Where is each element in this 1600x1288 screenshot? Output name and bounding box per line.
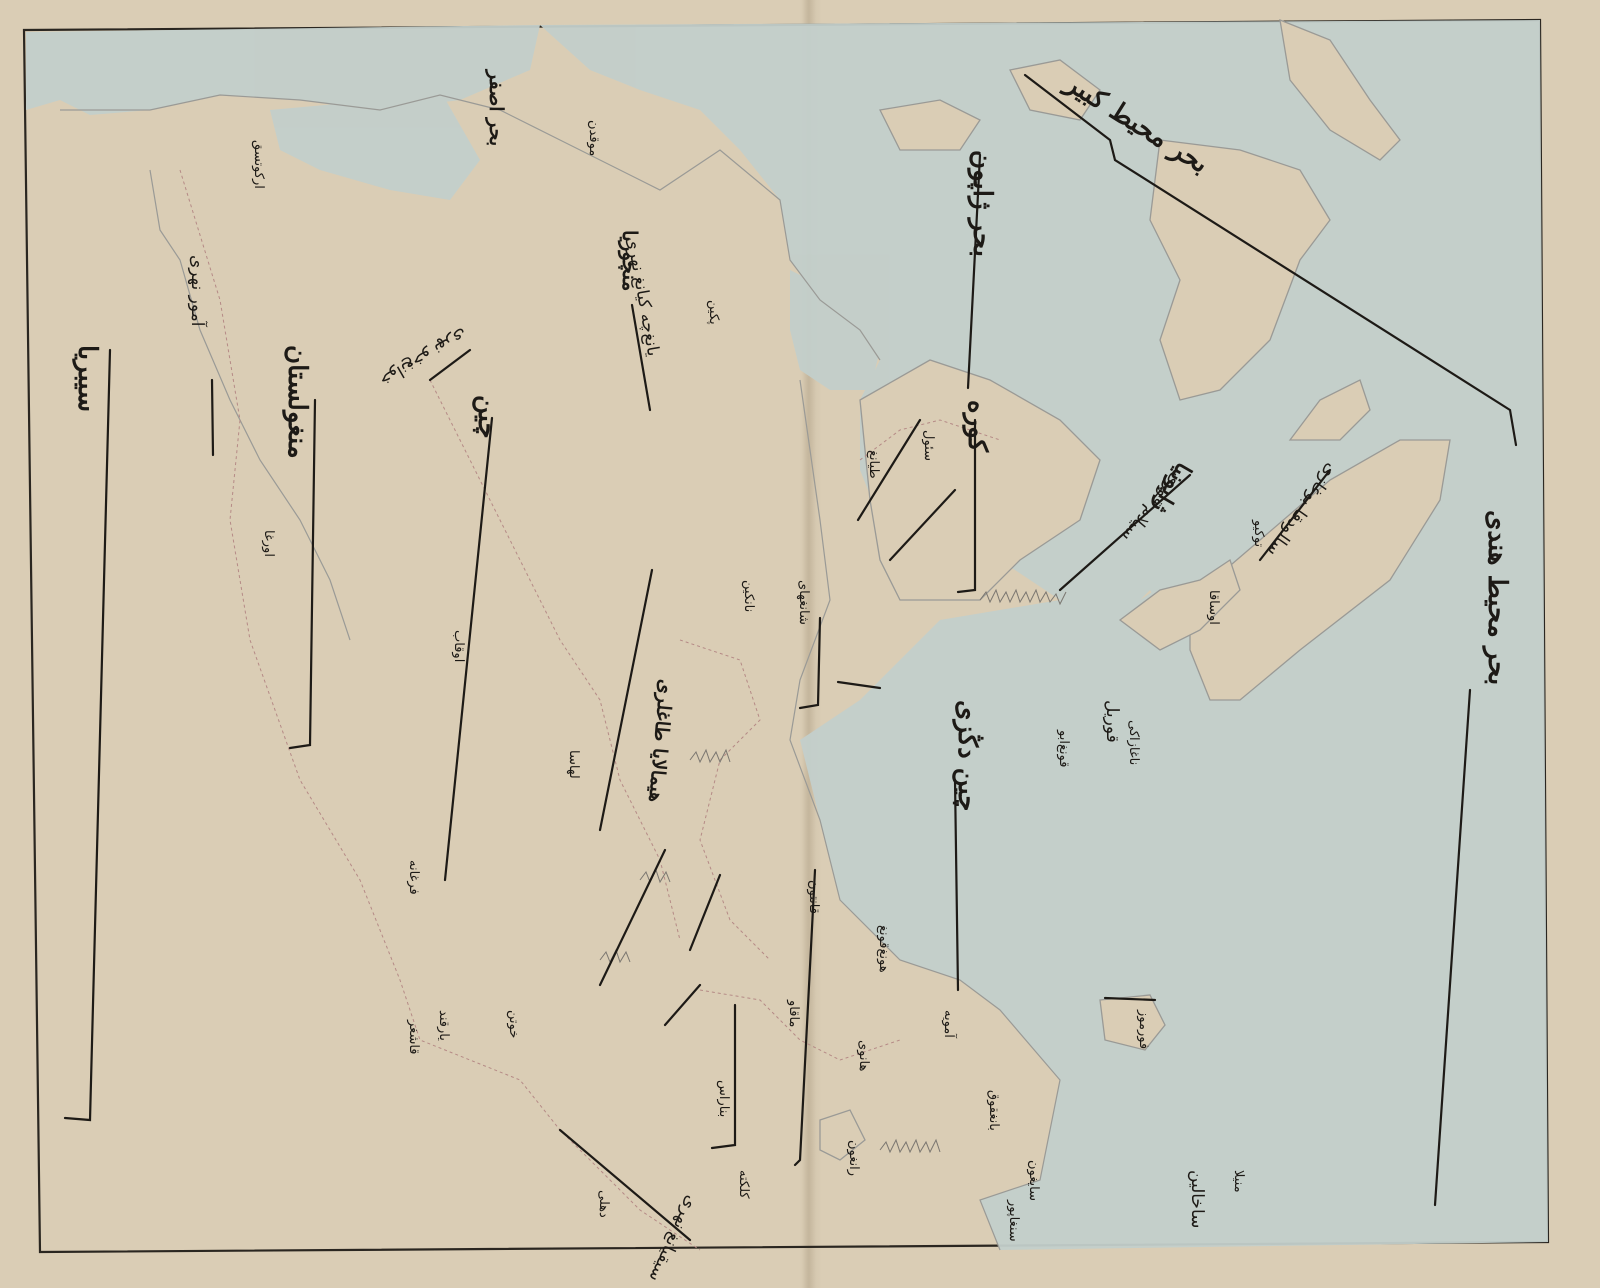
place-bangkok: بانغقوق	[987, 1090, 1000, 1131]
sea-yellow	[270, 90, 480, 200]
place-okab: اوقاب	[452, 630, 465, 662]
coast-west-river	[150, 170, 350, 640]
place-seoul: سئول	[922, 430, 935, 461]
place-nagasaki: ناغازاکی	[1127, 720, 1140, 765]
label-sea-of-japan: بحر ژاپون	[969, 150, 995, 257]
place-fergana: فرغانه	[407, 860, 420, 895]
place-lhasa: لهاسا	[567, 750, 580, 779]
label-korea: کوره	[964, 400, 990, 452]
border-china-provinces-1	[680, 640, 770, 960]
place-manila: منیلا	[1232, 1170, 1245, 1193]
label-mongolia: منغولستان	[284, 345, 310, 459]
label-indian-ocean: بحر محیط هندی	[1484, 510, 1510, 685]
place-canton: قانتون	[807, 880, 820, 914]
stroke-yangtze	[690, 875, 720, 950]
label-sakhalin: ساخالین	[1188, 1170, 1205, 1228]
place-macao: ماقاو	[787, 1000, 800, 1027]
place-amoy: آمویه	[942, 1010, 955, 1038]
place-hong-kong: هونغ‌قونغ	[877, 925, 890, 973]
stroke-siberia	[65, 350, 110, 1120]
place-kashgar: قاشغر	[407, 1020, 420, 1055]
place-tokyo: توکیو	[1252, 520, 1265, 547]
place-hanoi: هانوی	[857, 1040, 870, 1071]
label-yellow-sea: بحر اصفر	[486, 70, 505, 146]
border-siberia-mongolia	[180, 170, 700, 1250]
place-shanghai: شانغهای	[797, 580, 810, 625]
label-river-amur: آمور نهری	[188, 255, 205, 326]
place-delhi: دهلی	[597, 1190, 610, 1218]
stroke-burma	[800, 618, 820, 708]
place-osaka: اوساقا	[1207, 590, 1220, 625]
stroke-himalaya	[600, 850, 665, 985]
place-khotan: خوتن	[507, 1010, 520, 1038]
place-irkutsk: ارکوتسق	[252, 140, 265, 189]
stroke-seni	[712, 1005, 735, 1148]
place-calcutta: کلکته	[737, 1170, 750, 1199]
place-yarkand: یارقند	[437, 1010, 450, 1041]
label-south-china-sea: چین دڭزی	[954, 700, 980, 811]
stroke-river-south	[665, 985, 700, 1025]
stroke-burma-river	[838, 682, 880, 688]
place-peking: پکین	[707, 300, 720, 325]
place-saigon: سایغون	[1027, 1160, 1040, 1201]
map-canvas	[0, 0, 1600, 1288]
place-mukden: موقدن	[587, 120, 600, 156]
place-singapore: سنغاپور	[1007, 1200, 1020, 1242]
label-china: چین	[474, 395, 500, 439]
label-siberia: سیبریا	[74, 345, 100, 412]
place-kong-abo: قونغ‌ابو	[1057, 730, 1070, 767]
south-china-hatch	[880, 1140, 940, 1152]
label-kuril: قوريل	[1103, 700, 1120, 743]
sea-east	[540, 20, 1548, 1250]
place-formosa: فورموز	[1137, 1010, 1150, 1049]
place-tianjin: طیانغ	[867, 450, 880, 479]
sea-north-arctic	[26, 25, 540, 115]
place-rangoon: رانغون	[847, 1140, 860, 1176]
place-benares: بناراس	[717, 1080, 730, 1117]
stroke-amur	[212, 380, 213, 455]
place-nanking: نانکین	[742, 580, 755, 612]
place-urga: اورغا	[262, 530, 275, 557]
